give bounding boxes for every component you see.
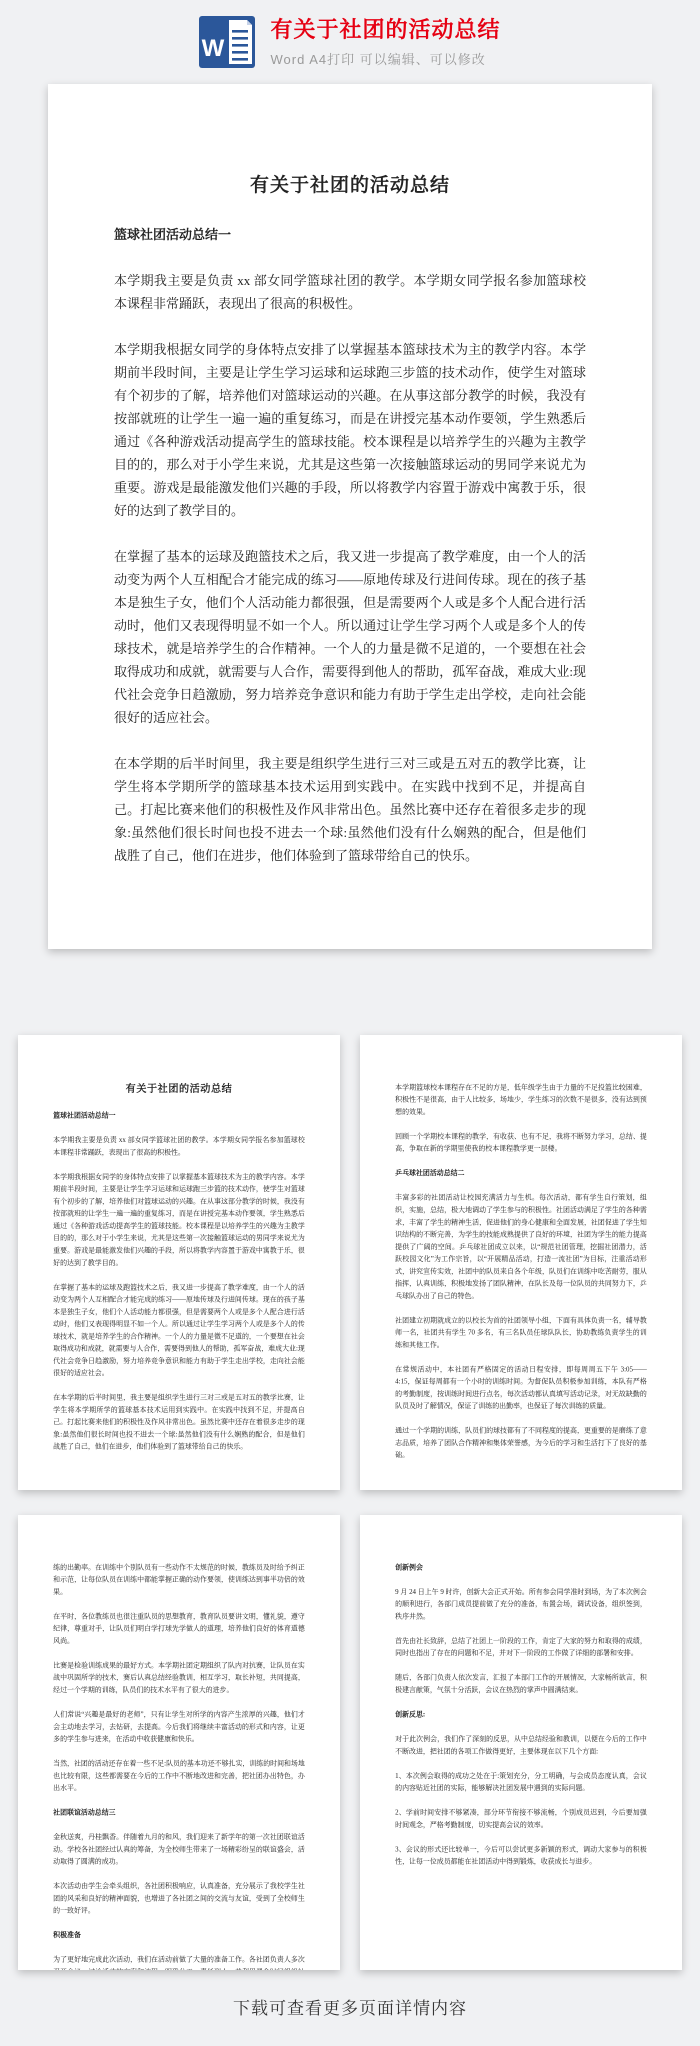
paragraph: 在平时，各位教练员也很注重队员的思想教育，教育队员要讲文明，懂礼貌，遵守纪律，尊… [53, 1610, 305, 1647]
section-heading: 社团联谊活动总结三 [53, 1806, 305, 1818]
paragraph: 首先由社长致辞，总结了社团上一阶段的工作，肯定了大家的努力和取得的成绩，同时也指… [395, 1634, 647, 1659]
page-thumbnail-grid: 有关于社团的活动总结篮球社团活动总结一本学期我主要是负责 xx 部女同学篮球社团… [18, 1035, 682, 1970]
paragraph: 本学期我主要是负责 xx 部女同学篮球社团的教学。本学期女同学报名参加篮球校本课… [53, 1134, 305, 1159]
paragraph: 练的出勤率。在训练中个别队员有一些动作不太规范的时候，教练员及时给予纠正和示范，… [53, 1561, 305, 1598]
thumbnail-4-content: 创新例会9 月 24 日上午 9 时许，创新大会正式开始。所有参会同学准时到场，… [360, 1515, 682, 1867]
paragraph: 本学期我根据女同学的身体特点安排了以掌握基本篮球技术为主的教学内容。本学期前半段… [114, 338, 586, 522]
thumbnail-1-content: 有关于社团的活动总结篮球社团活动总结一本学期我主要是负责 xx 部女同学篮球社团… [18, 1035, 340, 1452]
thumbnail-3-content: 练的出勤率。在训练中个别队员有一些动作不太规范的时候，教练员及时给予纠正和示范，… [18, 1515, 340, 1970]
paragraph: 金秋送爽，丹桂飘香。伴随着九月的和风，我们迎来了新学年的第一次社团联谊活动。学校… [53, 1831, 305, 1868]
paragraph: 本次活动由学生会牵头组织，各社团积极响应，认真准备，充分展示了我校学生社团的风采… [53, 1880, 305, 1917]
section-heading: 篮球社团活动总结一 [114, 223, 586, 246]
section-heading: 创新例会 [395, 1561, 647, 1573]
paragraph: 随后，各部门负责人依次发言，汇报了本部门工作的开展情况，大家畅所欲言，积极建言献… [395, 1671, 647, 1696]
paragraph: 对于此次例会，我们作了深刻的反思，从中总结经验和教训，以便在今后的工作中不断改进… [395, 1733, 647, 1758]
page-thumbnail-4[interactable]: 创新例会9 月 24 日上午 9 时许，创新大会正式开始。所有参会同学准时到场，… [360, 1515, 682, 1970]
doc-title: 有关于社团的活动总结 [53, 1081, 305, 1095]
section-heading: 创新反思: [395, 1708, 647, 1720]
document-title: 有关于社团的活动总结 [270, 17, 500, 43]
paragraph: 通过一个学期的训练，队员们的球技都有了不同程度的提高，更重要的是磨练了意志品质，… [395, 1424, 647, 1461]
doc-title: 有关于社团的活动总结 [114, 170, 586, 197]
word-file-icon: W [199, 16, 255, 68]
paragraph: 3、会议的形式还比较单一，今后可以尝试更多新颖的形式，调动大家参与的积极性，让每… [395, 1843, 647, 1868]
paragraph: 人们常说“兴趣是最好的老师”，只有让学生对所学的内容产生浓厚的兴趣，他们才会主动… [53, 1708, 305, 1745]
paragraph: 9 月 24 日上午 9 时许，创新大会正式开始。所有参会同学准时到场，为了本次… [395, 1585, 647, 1622]
paragraph: 在常规活动中，本社团有严格固定的活动日程安排，即每周周五下午 3:05——4:1… [395, 1363, 647, 1412]
site-header: W 有关于社团的活动总结 Word A4打印 可以编辑、可以修改 [0, 0, 700, 84]
page-thumbnail-3[interactable]: 练的出勤率。在训练中个别队员有一些动作不太规范的时候，教练员及时给予纠正和示范，… [18, 1515, 340, 1970]
paragraph: 在本学期的后半时间里，我主要是组织学生进行三对三或是五对五的教学比赛，让学生将本… [53, 1391, 305, 1452]
page-thumbnail-2[interactable]: 本学期篮球校本课程存在不足的方是，低年级学生由于力量的不足投篮比较困难，积极性不… [360, 1035, 682, 1490]
paragraph: 回顾一个学期校本课程的教学，有收获、也有不足，我将不断努力学习，总结、提高，争取… [395, 1130, 647, 1155]
document-subtitle: Word A4打印 可以编辑、可以修改 [270, 49, 500, 68]
paragraph: 为了更好地完成此次活动，我们在活动前做了大量的准备工作。各社团负责人多次召开会议… [53, 1953, 305, 1970]
paragraph: 丰富多彩的社团活动让校园充满活力与生机。每次活动，都有学生自行策划，组织，实施，… [395, 1191, 647, 1301]
paragraph: 本学期篮球校本课程存在不足的方是，低年级学生由于力量的不足投篮比较困难，积极性不… [395, 1081, 647, 1118]
download-hint-text: 下载可查看更多页面详情内容 [0, 1994, 700, 2041]
paragraph: 社团建立初期就成立的以校长为首的社团领导小组，下面有具体负责一名，辅导教师一名，… [395, 1314, 647, 1351]
section-heading: 积极准备 [53, 1929, 305, 1941]
paragraph: 本学期我根据女同学的身体特点安排了以掌握基本篮球技术为主的教学内容。本学期前半段… [53, 1170, 305, 1268]
section-heading: 乒乓球社团活动总结二 [395, 1167, 647, 1179]
paragraph: 本学期我主要是负责 xx 部女同学篮球社团的教学。本学期女同学报名参加篮球校本课… [114, 269, 586, 315]
paragraph: 在掌握了基本的运球及跑篮技术之后，我又进一步提高了教学难度，由一个人的活动变为两… [53, 1281, 305, 1379]
paragraph: 在本学期的后半时间里，我主要是组织学生进行三对三或是五对五的教学比赛，让学生将本… [114, 752, 586, 867]
paragraph: 1、本次例会取得的成功之处在于:策划充分，分工明确，与会成员态度认真，会议的内容… [395, 1769, 647, 1794]
paragraph: 比赛是检验训练成果的最好方式。本学期社团定期组织了队内对抗赛，让队员在实战中巩固… [53, 1659, 305, 1696]
paragraph: 当然，社团的活动还存在着一些不足:队员的基本功还不够扎实，训练的时间和场地也比较… [53, 1757, 305, 1794]
paragraph: 在掌握了基本的运球及跑篮技术之后，我又进一步提高了教学难度，由一个人的活动变为两… [114, 545, 586, 729]
section-heading: 篮球社团活动总结一 [53, 1109, 305, 1121]
document-preview-page-1: 有关于社团的活动总结篮球社团活动总结一本学期我主要是负责 xx 部女同学篮球社团… [48, 84, 652, 949]
svg-text:W: W [202, 35, 225, 62]
page-thumbnail-1[interactable]: 有关于社团的活动总结篮球社团活动总结一本学期我主要是负责 xx 部女同学篮球社团… [18, 1035, 340, 1490]
thumbnail-2-content: 本学期篮球校本课程存在不足的方是，低年级学生由于力量的不足投篮比较困难，积极性不… [360, 1035, 682, 1461]
page-1-content: 有关于社团的活动总结篮球社团活动总结一本学期我主要是负责 xx 部女同学篮球社团… [48, 84, 652, 867]
paragraph: 2、学前时间安排不够紧凑，部分环节衔接不够流畅，个别成员迟到，今后要加强时间观念… [395, 1806, 647, 1831]
